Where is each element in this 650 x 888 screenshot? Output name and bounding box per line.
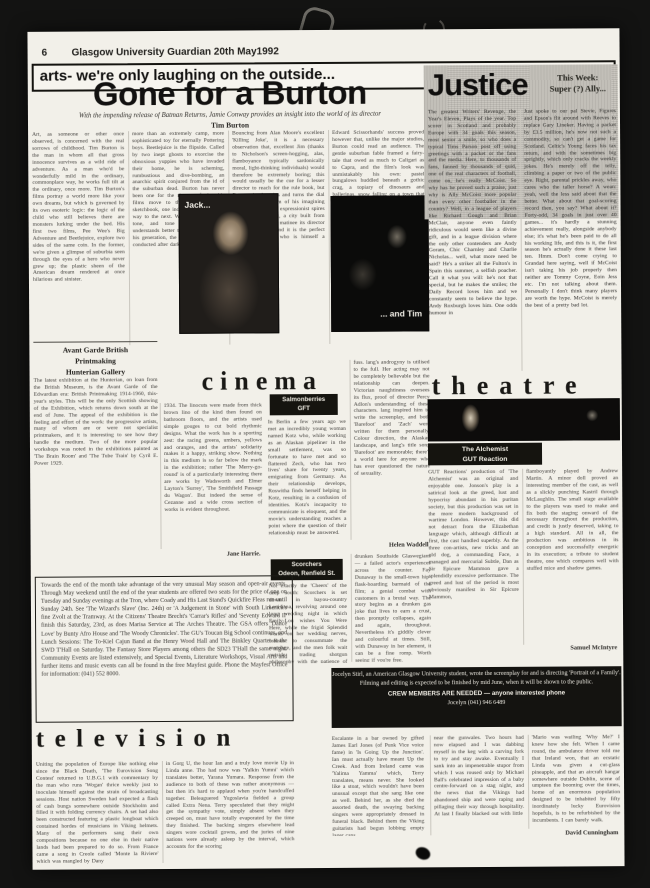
this-week-line1: This Week:	[540, 72, 616, 84]
theatre-caption-line1: The Alchemist	[428, 445, 542, 456]
page-number: 6	[42, 48, 48, 59]
cinema-review1-titlebox: Salmonberries GFT	[270, 394, 338, 415]
theatre-photo	[428, 398, 620, 441]
crew-line-1: Jocelyn Stirl, an American Glasgow Unive…	[332, 671, 483, 678]
newspaper-page: 6 Glasgow University Guardian 20th May19…	[27, 28, 624, 870]
gallery-heading-line1: Avant Garde British	[33, 345, 157, 357]
cinema-byline: Helen Waddell	[351, 541, 429, 548]
gallery-review-heading: Avant Garde British Printmaking Hunteria…	[33, 341, 157, 378]
justice-column-2: Just spoke to our pal Stevie, Figures an…	[520, 108, 618, 371]
crew-line-4: when it will be shown to the public.	[506, 680, 593, 687]
theatre-column-1: GUT Reactions' production of 'The Alchem…	[428, 469, 519, 656]
theatre-byline: Samuel McIntyre	[523, 644, 617, 652]
television-column-3: Escalante in a bar owned by gifted James…	[332, 735, 425, 836]
justice-headline: Justice	[428, 67, 544, 104]
gallery-column-2: 1934. The linocuts were made from thick …	[160, 402, 263, 549]
crew-line-2: the screenplay for and is directing 'Por…	[485, 670, 621, 677]
gallery-heading-line2: Printmaking	[33, 356, 157, 368]
photo-jack-nicholson: Jack...	[178, 193, 279, 334]
ink-blob-artifact	[414, 845, 433, 862]
gallery-byline: Jane Harrie.	[161, 550, 261, 558]
crew-line-5: CREW MEMBERS ARE NEEDED — anyone interes…	[388, 689, 565, 697]
gallery-column-1: The latest exhibition at the Hunterian, …	[34, 377, 159, 574]
lead-headline: Gone for a Burton	[32, 73, 428, 113]
justice-column-1: The greatest Writers' Revenge, the Year'…	[428, 109, 518, 372]
theatre-caption-line2: GUT Reaction	[428, 455, 542, 466]
theatre-column-2: flamboyantly played by Andrew Martin. A …	[522, 468, 619, 645]
photo2-caption: ... and Tim	[380, 308, 422, 318]
mayfest-listings-box: Towards the end of the month take advant…	[35, 575, 294, 723]
justice-this-week: This Week: Super (?) Ally...	[540, 72, 616, 95]
cinema-column-2b: drunken Southside Glaswegians — a failed…	[351, 553, 432, 661]
television-column-5: 'Mario was wailing 'Why Me?' I knew how …	[528, 734, 621, 829]
television-column-2: in Gorg U, the hour Ian and a truly love…	[162, 760, 295, 863]
television-byline: David Cunningham	[528, 829, 618, 837]
photo-tim-burton: ... and Tim	[330, 195, 429, 332]
crew-line-6: Jocelyn (041) 946 6489	[448, 700, 506, 706]
television-column-4: near the gunwales. Two hours had now ela…	[430, 735, 525, 836]
theatre-section-header: theatre	[432, 370, 622, 401]
crew-line-3: Filming and editing is expected to be fi…	[360, 680, 504, 687]
photo1-caption: Jack...	[184, 200, 210, 210]
review1-title: Salmonberries	[270, 396, 338, 405]
review2-title: Scorchers	[271, 561, 343, 570]
lead-standfirst: With the impending release of Batman Ret…	[34, 110, 426, 119]
cinema-column-1a: In Berlin a few years ago we met an incr…	[268, 419, 347, 557]
cinema-section-header: cinema	[201, 366, 333, 397]
masthead: Glasgow University Guardian 20th May1992	[72, 46, 279, 58]
crew-members-notice: Jocelyn Stirl, an American Glasgow Unive…	[331, 666, 621, 728]
lead-column-1: Art, as someone or other once observed, …	[32, 131, 125, 346]
review1-venue: GFT	[270, 405, 338, 414]
cinema-column-2a: fuss. lang's androgyny is utilised to th…	[349, 359, 430, 539]
television-section-header: television	[36, 724, 298, 754]
this-week-line2: Super (?) Ally...	[540, 83, 616, 95]
theatre-photo-caption: The Alchemist GUT Reaction	[428, 443, 542, 466]
television-column-1: Uniting the population of Europe like no…	[36, 761, 159, 864]
